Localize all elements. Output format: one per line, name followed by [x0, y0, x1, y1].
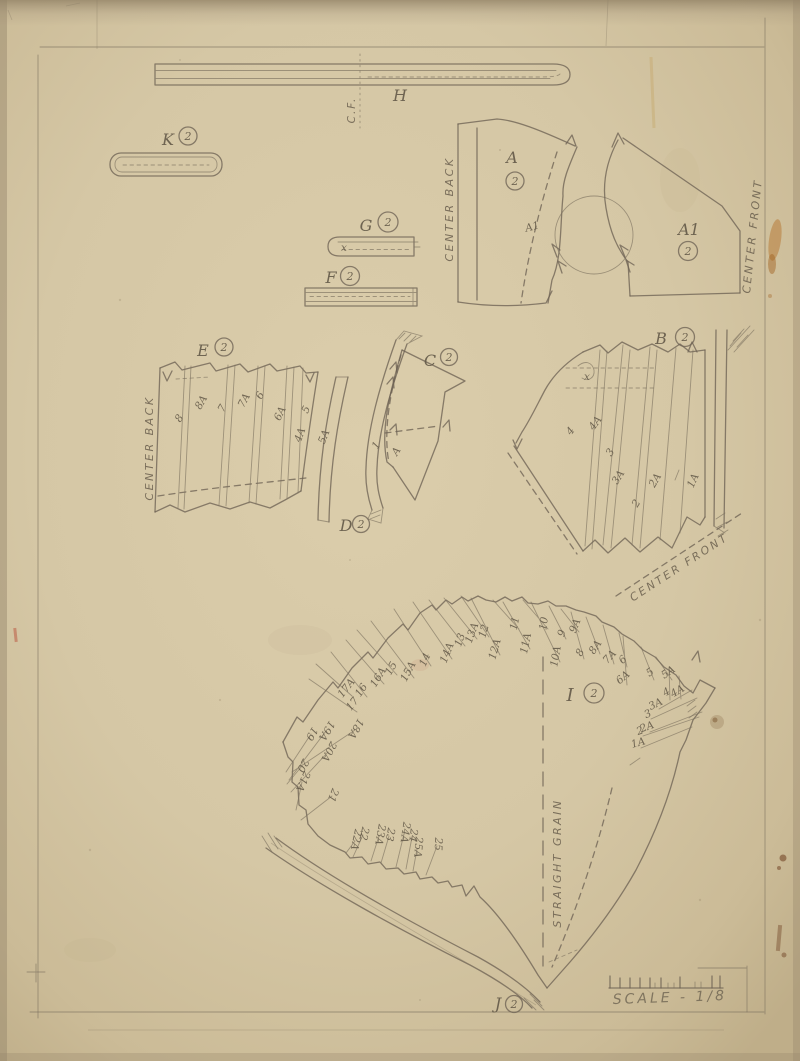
center-back-a-label: CENTER BACK: [443, 156, 456, 261]
piece-a1-label: A1: [676, 220, 700, 239]
piece-h-label: H: [392, 86, 408, 105]
piece-g-mark: x: [341, 242, 347, 254]
piece-a1-count: 2: [684, 245, 692, 258]
piece-k-count: 2: [184, 130, 192, 143]
pattern-sheet: H C.F. K 2 x G 2 F 2 A: [0, 0, 800, 1061]
piece-i-count: 2: [590, 687, 598, 700]
piece-c-count: 2: [445, 351, 453, 364]
piece-b-count: 2: [681, 331, 689, 344]
piece-d-label: D: [339, 516, 353, 535]
cf-abbrev-label: C.F.: [346, 97, 358, 124]
piece-a-count: 2: [511, 175, 519, 188]
center-back-e-label: CENTER BACK: [143, 395, 156, 500]
piece-c-label: C: [424, 351, 436, 370]
fan-tab-label: 25: [432, 836, 445, 851]
piece-g-count: 2: [384, 216, 392, 229]
piece-i-label: I: [565, 685, 574, 706]
fan-tab-label: 10: [537, 616, 551, 631]
piece-b-label: B: [654, 329, 667, 348]
piece-k-label: K: [161, 130, 175, 149]
fan-tab-label: 23: [383, 826, 397, 843]
piece-d-count: 2: [357, 518, 365, 531]
piece-b-mark: x: [584, 371, 590, 383]
fan-tab-label: 25A: [411, 835, 425, 858]
straight-grain-label: STRAIGHT GRAIN: [551, 798, 564, 927]
piece-a-label: A: [504, 148, 518, 167]
piece-f-label: F: [324, 268, 337, 287]
piece-e-count: 2: [220, 341, 228, 354]
piece-g-label: G: [360, 216, 373, 235]
piece-f-count: 2: [346, 270, 354, 283]
piece-e-label: E: [196, 341, 209, 360]
piece-j-count: 2: [510, 998, 518, 1011]
